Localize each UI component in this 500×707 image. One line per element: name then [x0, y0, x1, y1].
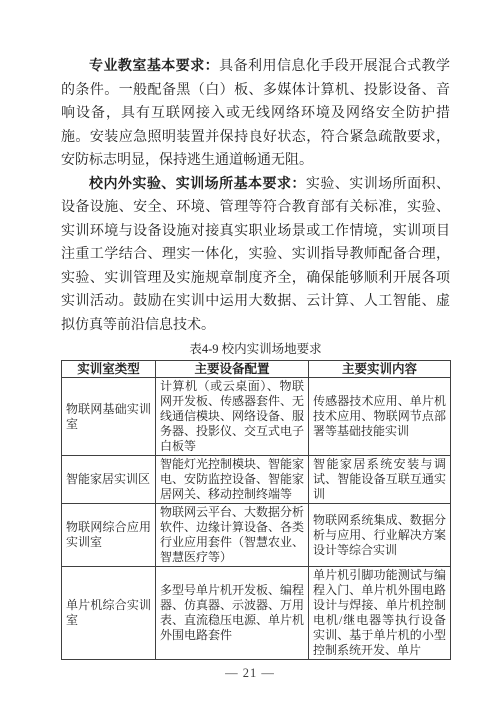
cell-training-content: 智能家居系统安装与调试、智能设备互联互通实训: [309, 456, 451, 504]
page-number: — 21 —: [0, 666, 500, 681]
cell-room-type: 智能家居实训区: [62, 456, 156, 504]
table-row: 智能家居实训区 智能灯光控制模块、智能家电、安防监控设备、智能家居网关、移动控制…: [62, 456, 451, 504]
document-page: 专业教室基本要求：具备利用信息化手段开展混合式教学的条件。一般配备黑（白）板、多…: [0, 0, 500, 707]
paragraph-body: 实验、实训场所面积、设备设施、安全、环境、管理等符合教育部有关标准，实验、实训环…: [61, 177, 450, 333]
cell-training-content: 单片机引脚功能测试与编程入门、单片机外围电路设计与焊接、单片机控制电机/继电器等…: [309, 567, 451, 660]
cell-equipment: 物联网云平台、大数据分析软件、边缘计算设备、各类行业应用套件（智慧农业、智慧医疗…: [156, 504, 309, 567]
paragraph-classroom-requirements: 专业教室基本要求：具备利用信息化手段开展混合式教学的条件。一般配备黑（白）板、多…: [61, 55, 450, 173]
cell-equipment: 多型号单片机开发板、编程器、仿真器、示波器、万用表、直流稳压电源、单片机外围电路…: [156, 567, 309, 660]
paragraph-body: 具备利用信息化手段开展混合式教学的条件。一般配备黑（白）板、多媒体计算机、投影设…: [61, 59, 450, 168]
table-caption: 表4-9 校内实训场地要求: [61, 341, 450, 357]
paragraph-lead: 专业教室基本要求：: [89, 59, 219, 74]
col-header-equipment: 主要设备配置: [156, 361, 309, 378]
cell-training-content: 物联网系统集成、数据分析与应用、行业解决方案设计等综合实训: [309, 504, 451, 567]
col-header-room-type: 实训室类型: [62, 361, 156, 378]
cell-equipment: 智能灯光控制模块、智能家电、安防监控设备、智能家居网关、移动控制终端等: [156, 456, 309, 504]
cell-room-type: 单片机综合实训室: [62, 567, 156, 660]
col-header-training-content: 主要实训内容: [309, 361, 451, 378]
table-header-row: 实训室类型 主要设备配置 主要实训内容: [62, 361, 451, 378]
table-row: 物联网基础实训室 计算机（或云桌面）、物联网开发板、传感器套件、无线通信模块、网…: [62, 378, 451, 456]
table-row: 物联网综合应用实训室 物联网云平台、大数据分析软件、边缘计算设备、各类行业应用套…: [62, 504, 451, 567]
paragraph-training-site-requirements: 校内外实验、实训场所基本要求：实验、实训场所面积、设备设施、安全、环境、管理等符…: [61, 173, 450, 338]
paragraph-lead: 校内外实验、实训场所基本要求：: [89, 177, 306, 192]
table-row: 单片机综合实训室 多型号单片机开发板、编程器、仿真器、示波器、万用表、直流稳压电…: [62, 567, 451, 660]
training-rooms-table: 实训室类型 主要设备配置 主要实训内容 物联网基础实训室 计算机（或云桌面）、物…: [61, 360, 451, 660]
cell-room-type: 物联网综合应用实训室: [62, 504, 156, 567]
cell-training-content: 传感器技术应用、单片机技术应用、物联网节点部署等基础技能实训: [309, 378, 451, 456]
cell-room-type: 物联网基础实训室: [62, 378, 156, 456]
cell-equipment: 计算机（或云桌面）、物联网开发板、传感器套件、无线通信模块、网络设备、服务器、投…: [156, 378, 309, 456]
page-content: 专业教室基本要求：具备利用信息化手段开展混合式教学的条件。一般配备黑（白）板、多…: [61, 55, 450, 660]
